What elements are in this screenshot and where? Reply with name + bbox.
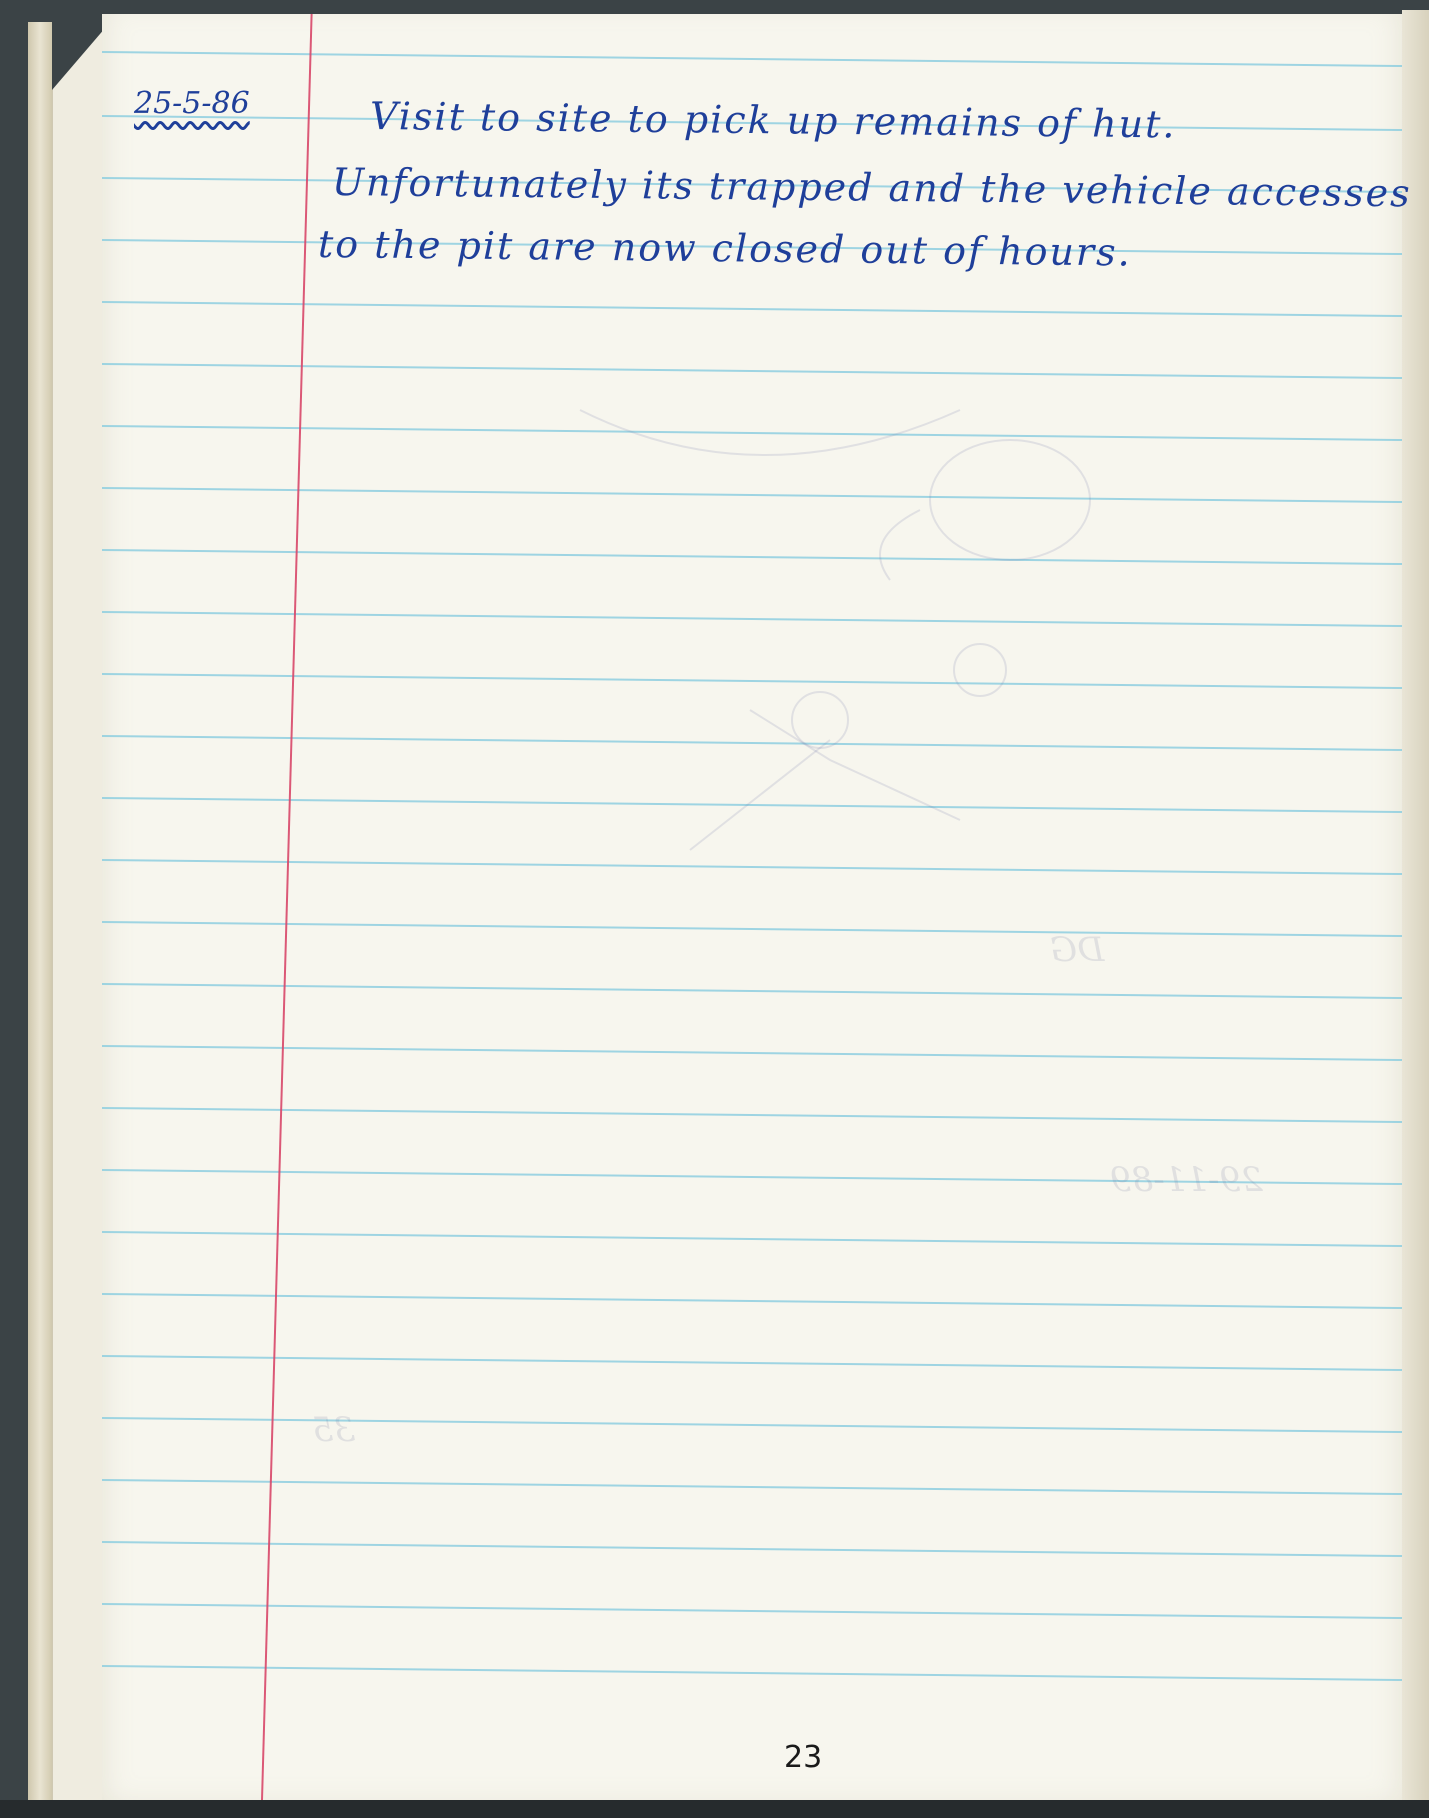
page-number: 23 — [784, 1740, 822, 1775]
right-page-edge — [1402, 10, 1429, 1810]
scan-bottom-edge — [0, 1800, 1429, 1818]
bleed-through-text: 35 — [312, 1410, 355, 1450]
entry-line: to the pit are now closed out of hours. — [318, 222, 1132, 275]
entry-line: Visit to site to pick up remains of hut. — [370, 94, 1177, 146]
bleed-through-text: 29-11-89 — [1110, 1160, 1263, 1200]
scan-top-edge — [102, 0, 1402, 14]
entry-date: 25-5-86 — [134, 86, 250, 121]
bleed-through-sketch — [560, 380, 1160, 940]
